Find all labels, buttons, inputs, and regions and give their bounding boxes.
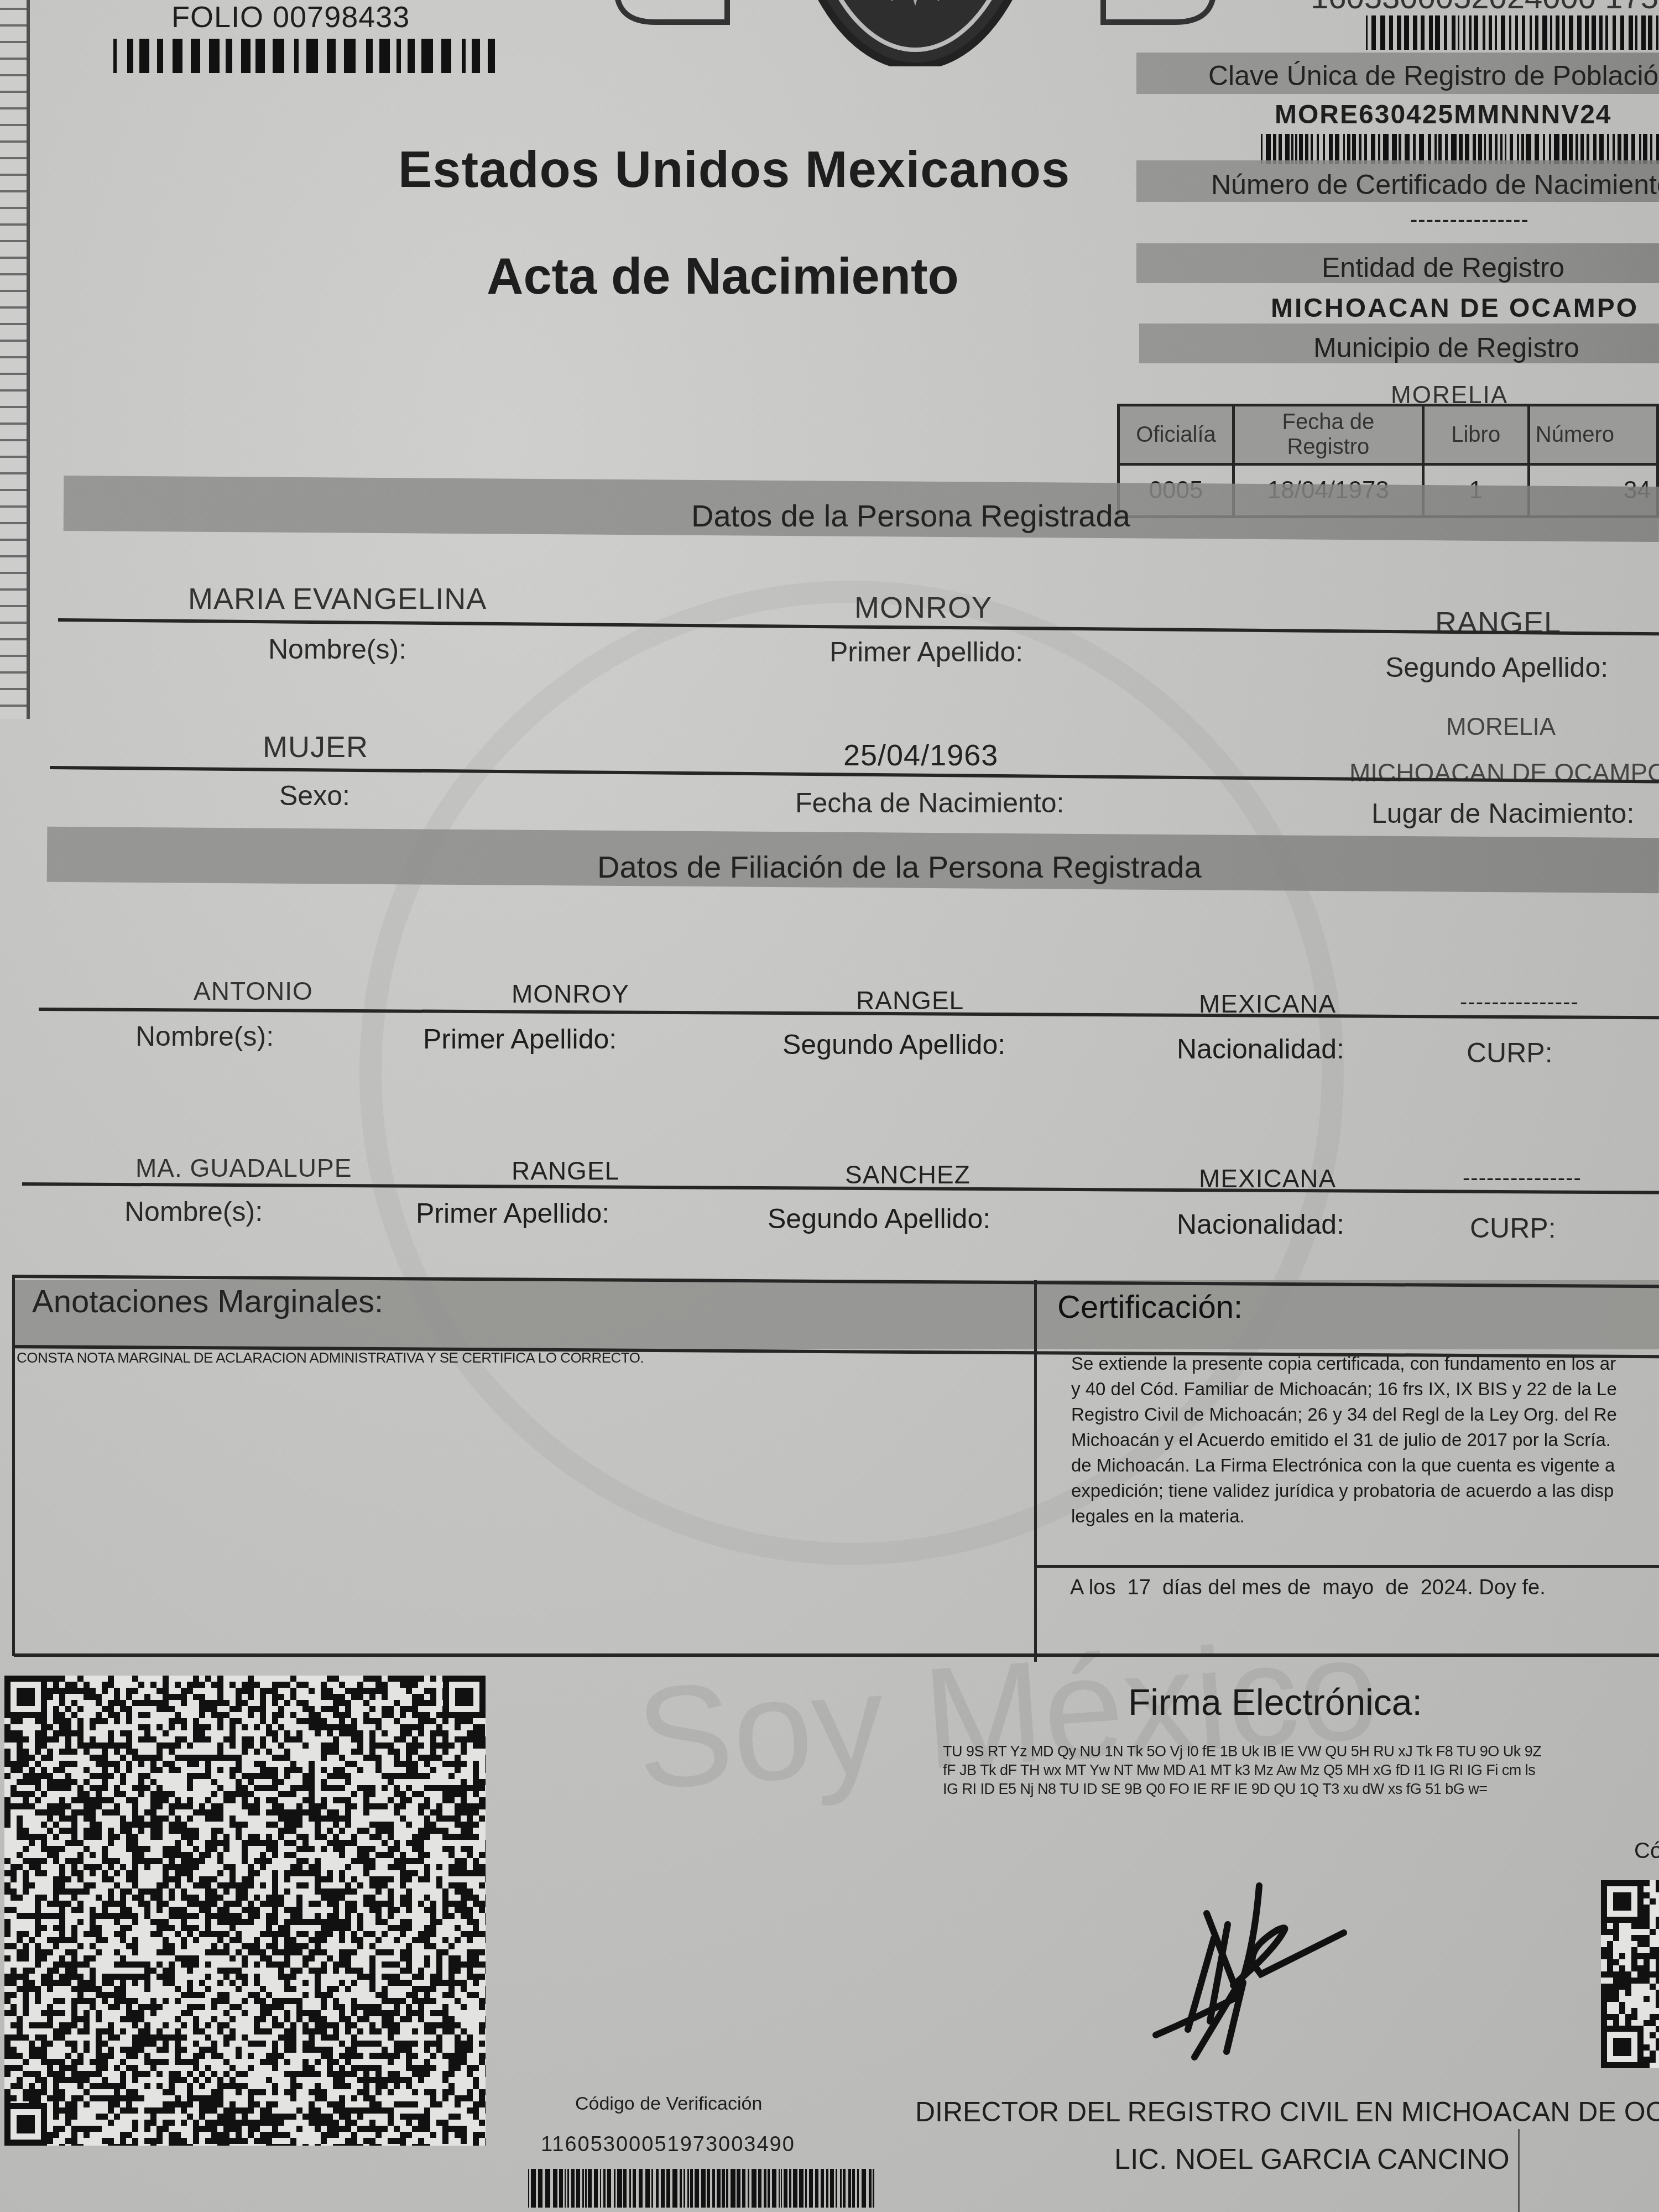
curp-label: Clave Única de Registro de Población bbox=[1159, 60, 1659, 92]
certification-date-line: A los 17 días del mes de mayo de 2024. D… bbox=[1070, 1576, 1546, 1600]
registered-names-value: MARIA EVANGELINA bbox=[188, 582, 487, 616]
registered-second-surname-value: RANGEL bbox=[1435, 606, 1561, 640]
sex-label: Sexo: bbox=[279, 780, 350, 812]
annotations-title: Anotaciones Marginales: bbox=[32, 1283, 383, 1320]
annotations-text: CONSTA NOTA MARGINAL DE ACLARACION ADMIN… bbox=[17, 1349, 644, 1366]
birth-date-label: Fecha de Nacimiento: bbox=[795, 787, 1064, 819]
certification-title: Certificación: bbox=[1057, 1288, 1243, 1326]
father-second-surname-value: RANGEL bbox=[856, 985, 964, 1015]
verification-qr-code[interactable] bbox=[4, 1676, 486, 2146]
mother-curp-value: --------------- bbox=[1463, 1166, 1582, 1191]
father-second-surname-label: Segundo Apellido: bbox=[782, 1029, 1005, 1061]
verification-code-value: 116053000519730034​90 bbox=[541, 2133, 795, 2157]
verification-barcode bbox=[528, 2169, 877, 2208]
ornamental-border bbox=[0, 0, 30, 719]
frame-line bbox=[1518, 2129, 1520, 2212]
entity-value: MICHOACAN DE OCAMPO bbox=[1271, 293, 1639, 324]
handwritten-signature-icon bbox=[1106, 1853, 1493, 2074]
box-left-border bbox=[12, 1275, 15, 1656]
mother-first-surname-label: Primer Apellido: bbox=[416, 1197, 609, 1229]
certification-line: y 40 del Cód. Familiar de Michoacán; 16 … bbox=[1071, 1376, 1617, 1402]
birth-certificate-label: Número de Certificado de Nacimiento bbox=[1211, 169, 1659, 201]
registered-names-label: Nombre(s): bbox=[268, 633, 406, 665]
entity-label: Entidad de Registro bbox=[1322, 252, 1564, 284]
mother-names-value: MA. GUADALUPE bbox=[135, 1153, 352, 1183]
curp-value: MORE630425MMNNNV24 bbox=[1275, 100, 1612, 130]
registered-second-surname-label: Segundo Apellido: bbox=[1385, 651, 1608, 684]
header-oficialia: Oficialía bbox=[1119, 405, 1234, 465]
mother-second-surname-value: SANCHEZ bbox=[845, 1160, 971, 1190]
certification-line: Michoacán y el Acuerdo emitido el 31 de … bbox=[1071, 1427, 1617, 1453]
control-barcode bbox=[1366, 15, 1659, 50]
folio-number: FOLIO 00798433 bbox=[171, 0, 410, 34]
box-bottom-border bbox=[14, 1653, 1659, 1657]
signature-code-line: TU 9S RT Yz MD Qy NU 1N Tk 5O Vj I0 fE 1… bbox=[943, 1742, 1541, 1761]
header-libro: Libro bbox=[1423, 405, 1528, 465]
certification-date-divider bbox=[1037, 1565, 1659, 1568]
header-numero: Número bbox=[1528, 405, 1657, 465]
certification-line: Registro Civil de Michoacán; 26 y 34 del… bbox=[1071, 1402, 1617, 1427]
certification-line: de Michoacán. La Firma Electrónica con l… bbox=[1071, 1453, 1617, 1478]
certification-line: legales en la materia. bbox=[1071, 1504, 1617, 1529]
director-title: DIRECTOR DEL REGISTRO CIVIL EN MICHOACAN… bbox=[915, 2096, 1659, 2128]
signature-code-line: IG RI ID E5 Nj N8 TU ID SE 9B Q0 FO IE R… bbox=[943, 1780, 1541, 1798]
electronic-signature-code: TU 9S RT Yz MD Qy NU 1N Tk 5O Vj I0 fE 1… bbox=[943, 1742, 1541, 1798]
box-divider bbox=[1034, 1280, 1037, 1662]
father-curp-label: CURP: bbox=[1467, 1037, 1553, 1069]
folio-barcode bbox=[113, 39, 500, 73]
mother-first-surname-value: RANGEL bbox=[512, 1156, 619, 1186]
birth-place-label: Lugar de Nacimiento: bbox=[1371, 797, 1634, 830]
electronic-signature-title: Firma Electrónica: bbox=[1128, 1681, 1422, 1723]
document-title: Acta de Nacimiento bbox=[487, 248, 959, 306]
father-names-value: ANTONIO bbox=[194, 976, 313, 1006]
curp-barcode bbox=[1261, 134, 1659, 164]
birth-state-value: MICHOACAN DE OCAMPO bbox=[1349, 758, 1659, 787]
certification-line: Se extiende la presente copia certificad… bbox=[1071, 1351, 1617, 1376]
mother-names-label: Nombre(s): bbox=[124, 1196, 263, 1228]
signature-code-line: fF JB Tk dF TH wx MT Yw NT Mw MD A1 MT k… bbox=[943, 1761, 1541, 1780]
registered-first-surname-label: Primer Apellido: bbox=[830, 636, 1023, 668]
municipality-label: Municipio de Registro bbox=[1313, 332, 1579, 364]
filiation-section-title: Datos de Filiación de la Persona Registr… bbox=[597, 849, 1202, 885]
birth-date-value: 25/04/1963 bbox=[843, 738, 998, 773]
certification-line: expedición; tiene validez jurídica y pro… bbox=[1071, 1478, 1617, 1504]
sex-value: MUJER bbox=[263, 730, 368, 764]
mother-curp-label: CURP: bbox=[1470, 1212, 1556, 1244]
father-nationality-label: Nacionalidad: bbox=[1177, 1033, 1344, 1065]
father-names-label: Nombre(s): bbox=[135, 1020, 274, 1052]
certification-body: Se extiende la presente copia certificad… bbox=[1071, 1351, 1617, 1529]
birth-certificate-value: --------------- bbox=[1410, 207, 1529, 232]
father-first-surname-value: MONROY bbox=[512, 979, 629, 1009]
director-name: LIC. NOEL GARCIA CANCINO bbox=[1114, 2143, 1510, 2176]
side-code-label: Có bbox=[1634, 1839, 1659, 1864]
header-fecha-registro: Fecha de Registro bbox=[1234, 405, 1423, 465]
secondary-qr-code[interactable] bbox=[1601, 1880, 1659, 2068]
mother-nationality-label: Nacionalidad: bbox=[1177, 1208, 1344, 1240]
father-first-surname-label: Primer Apellido: bbox=[423, 1023, 617, 1055]
mother-second-surname-label: Segundo Apellido: bbox=[768, 1203, 990, 1235]
registered-person-section-title: Datos de la Persona Registrada bbox=[691, 498, 1130, 534]
father-curp-value: --------------- bbox=[1460, 990, 1579, 1015]
registered-first-surname-value: MONROY bbox=[854, 591, 992, 625]
birth-certificate-page: Soy México FOLIO 00798433 Estados Unidos… bbox=[0, 0, 1659, 2212]
verification-code-label: Código de Verificación bbox=[575, 2093, 762, 2115]
document-control-number: 1605300052024000 1756 bbox=[1311, 0, 1659, 16]
country-title: Estados Unidos Mexicanos bbox=[398, 141, 1070, 199]
birth-city-value: MORELIA bbox=[1446, 713, 1556, 741]
